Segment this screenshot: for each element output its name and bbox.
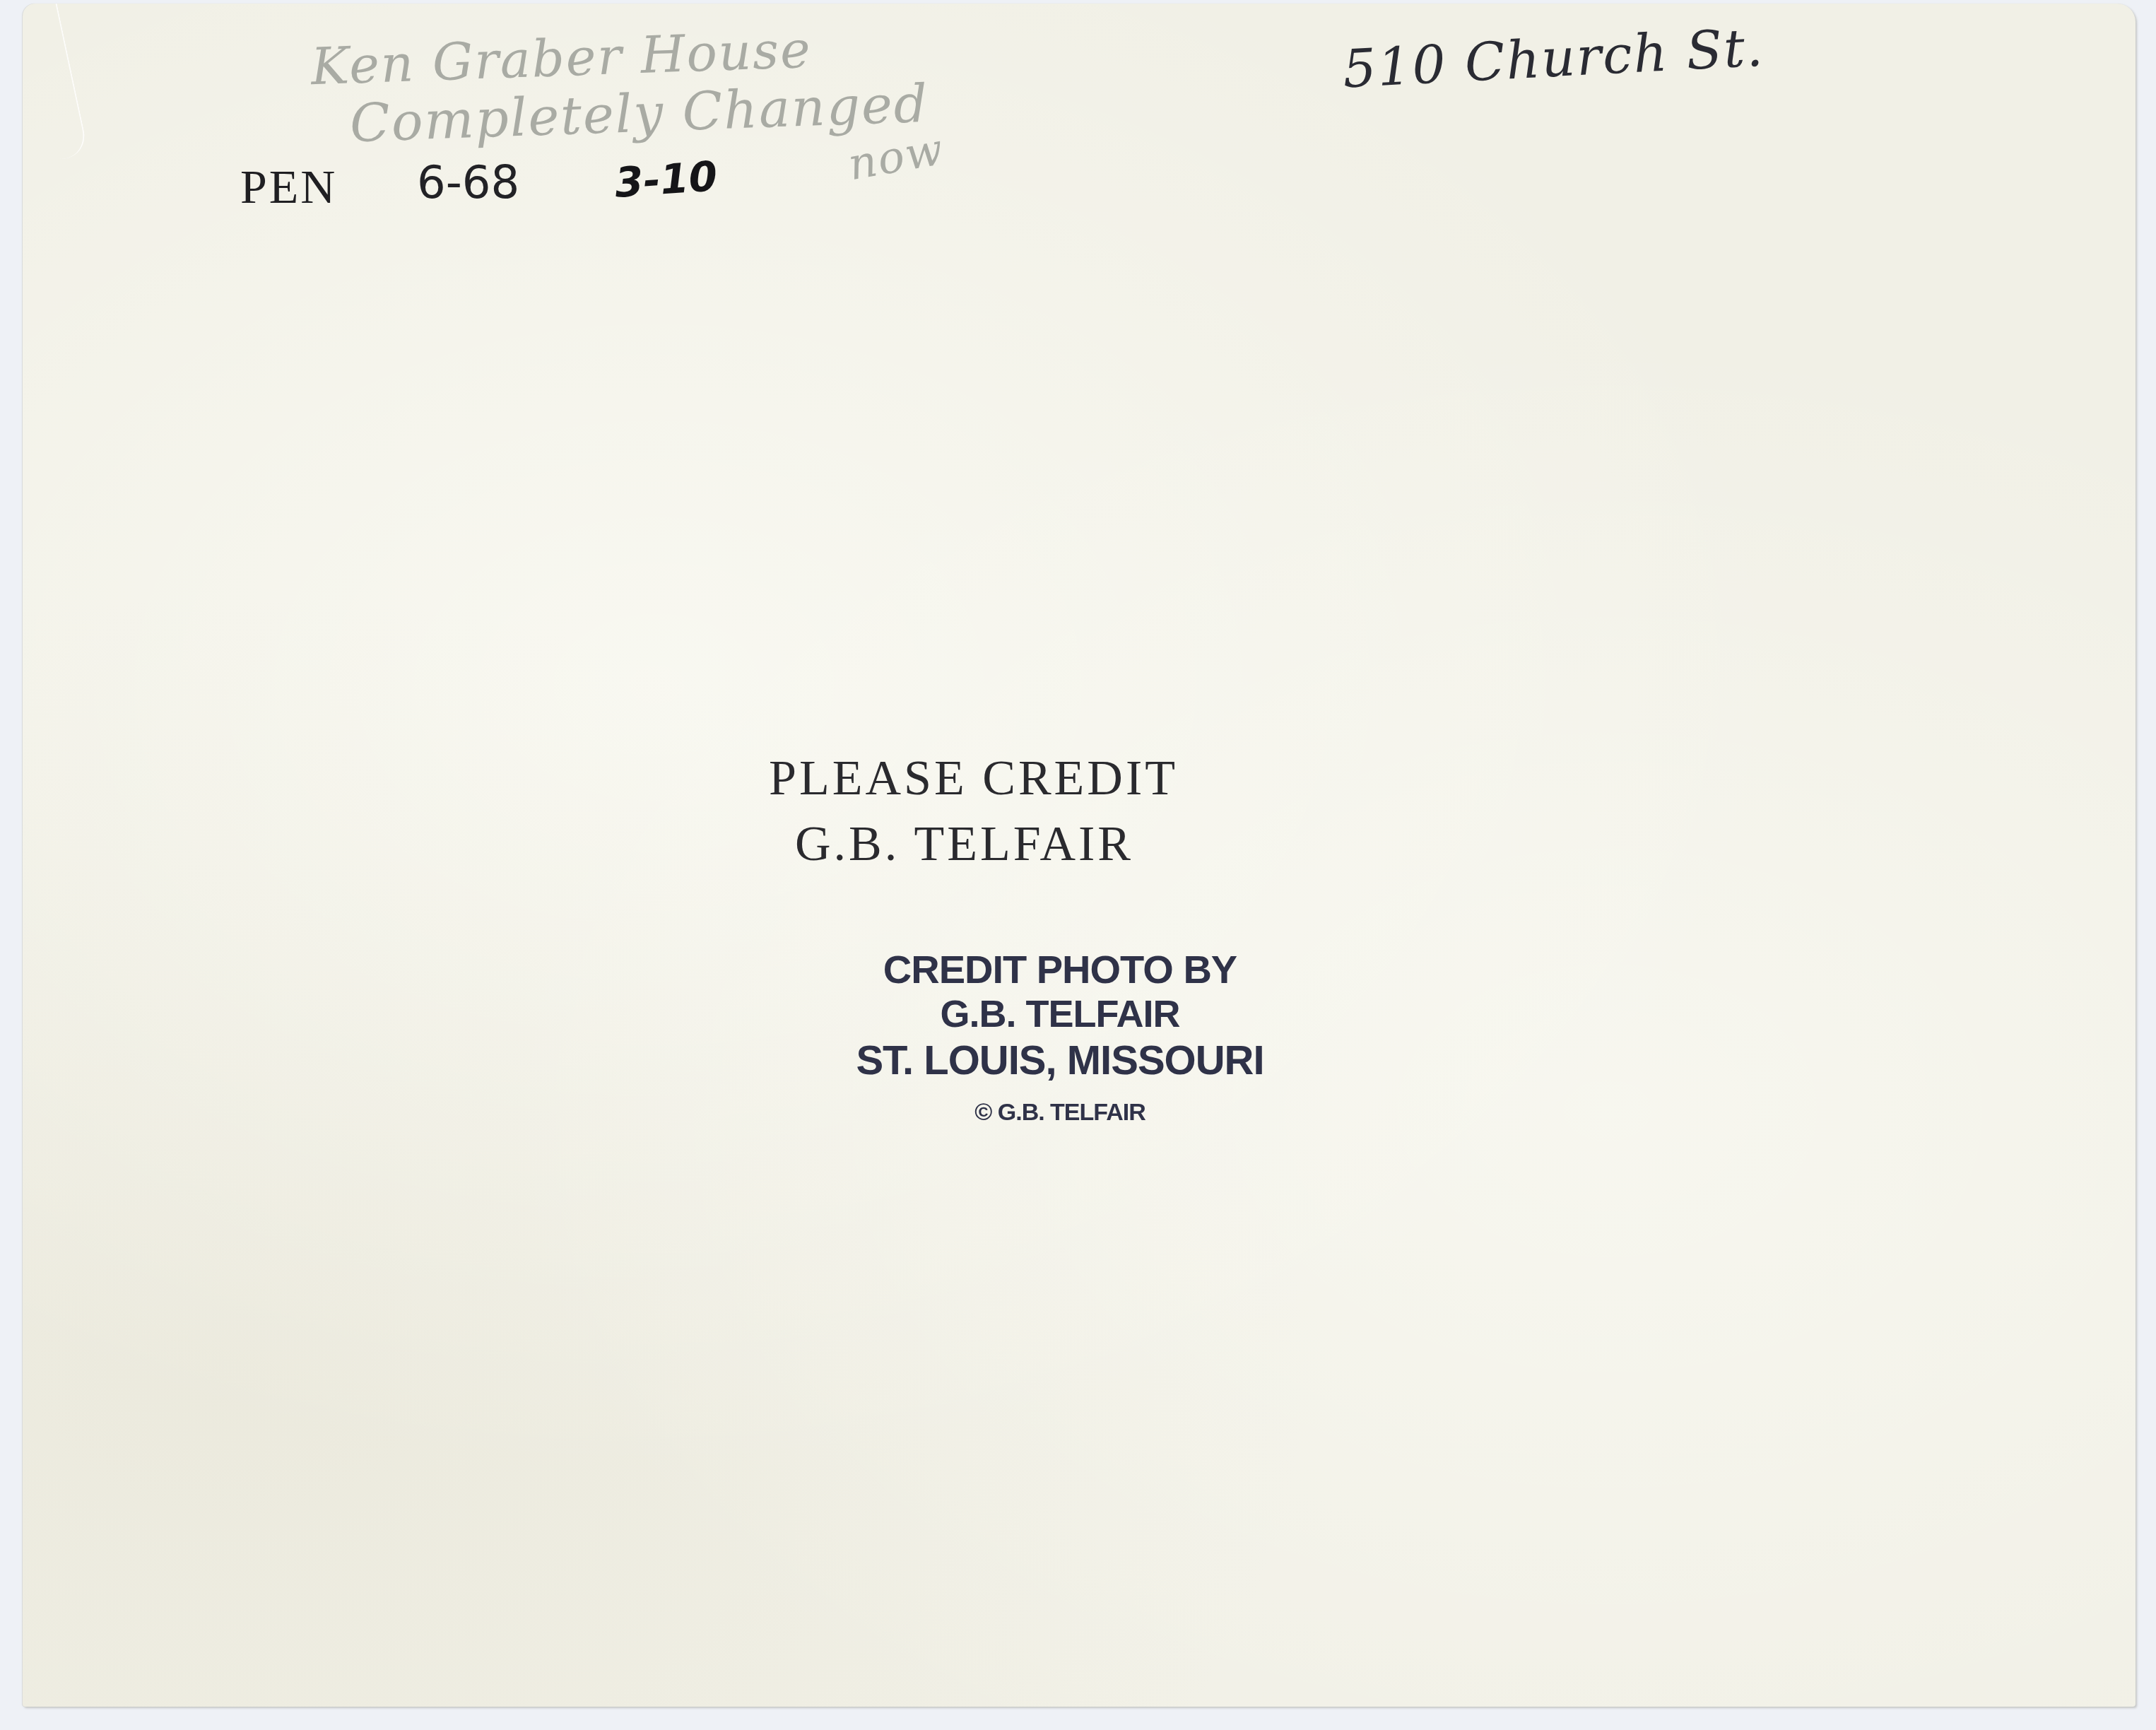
credit-stamp-copyright: © G.B. TELFAIR (820, 1091, 1300, 1134)
credit-stamp-line-3: ST. LOUIS, MISSOURI (820, 1036, 1300, 1085)
please-credit-stamp-line-1: PLEASE CREDIT (769, 751, 1178, 807)
please-credit-stamp-line-2: G.B. TELFAIR (795, 816, 1133, 873)
credit-photo-stamp: CREDIT PHOTO BY G.B. TELFAIR ST. LOUIS, … (820, 947, 1300, 1134)
catalog-prefix: PEN (240, 159, 337, 215)
catalog-number: 6-68 (417, 157, 519, 209)
credit-stamp-line-2: G.B. TELFAIR (820, 992, 1300, 1036)
credit-stamp-line-1: CREDIT PHOTO BY (820, 947, 1300, 992)
handwritten-catalog-number: 3-10 (613, 152, 719, 207)
